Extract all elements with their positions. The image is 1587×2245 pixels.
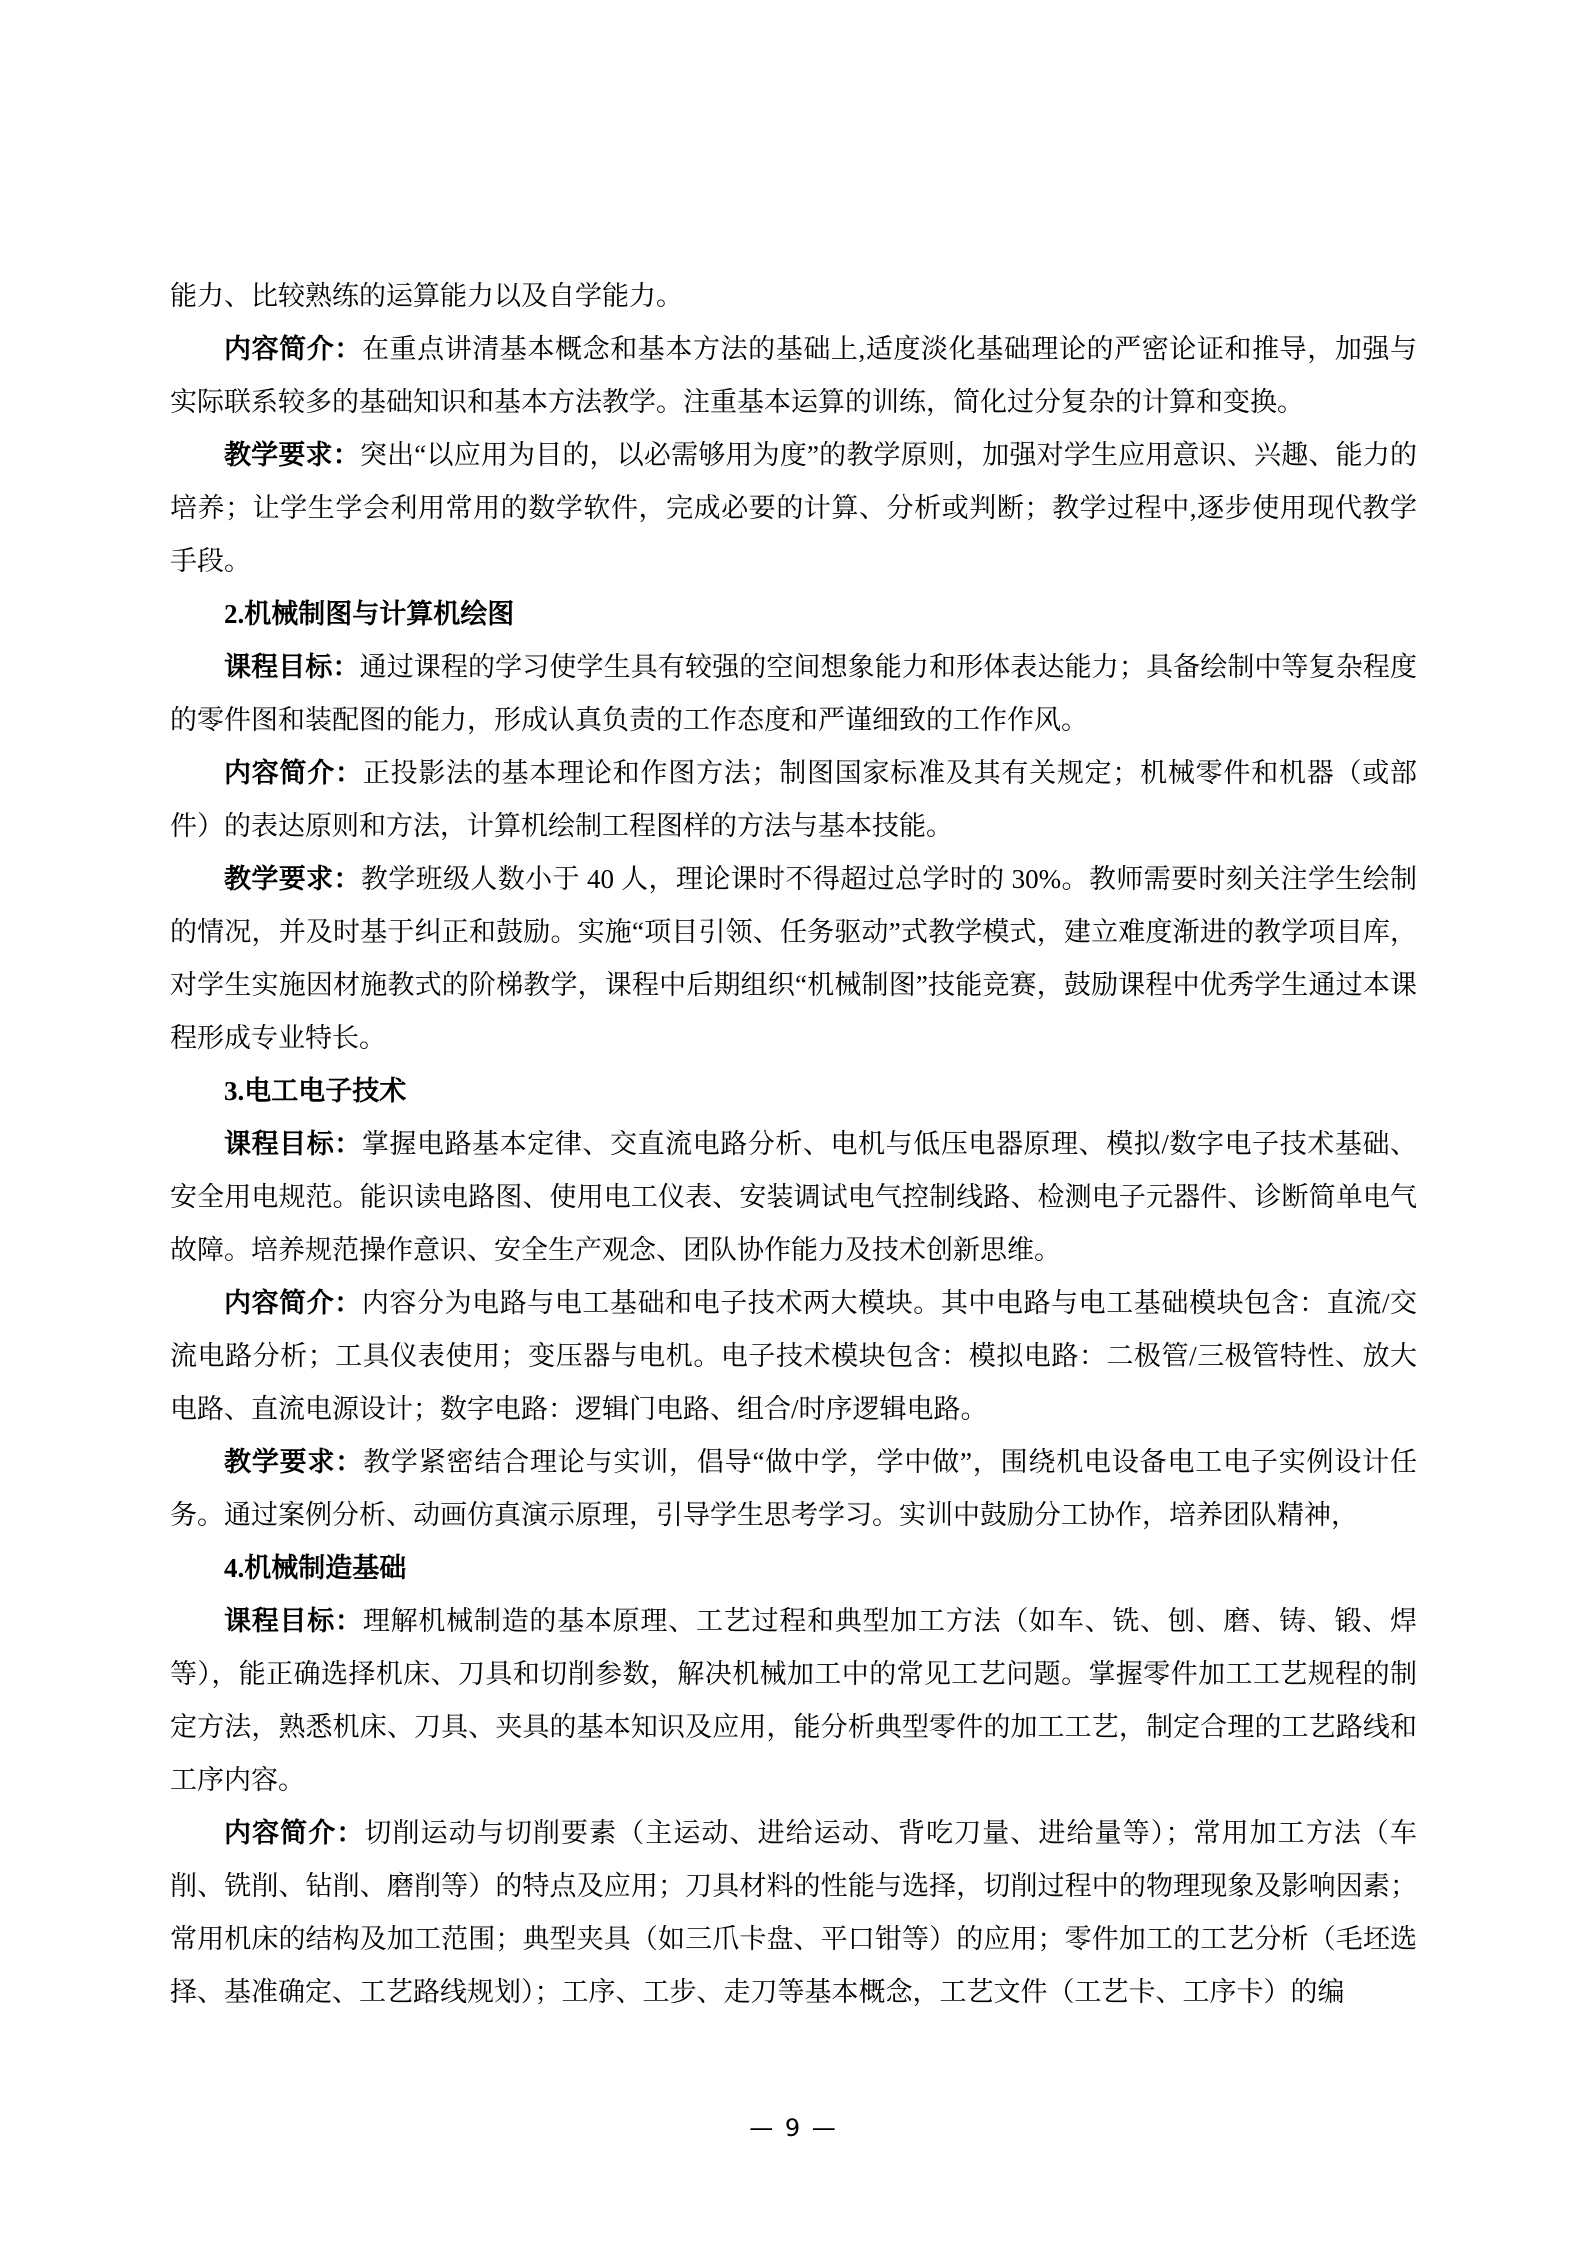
paragraph-label: 教学要求：	[224, 864, 361, 894]
paragraph: 内容简介：在重点讲清基本概念和基本方法的基础上,适度淡化基础理论的严密论证和推导…	[170, 323, 1417, 429]
paragraph: 内容简介：切削运动与切削要素（主运动、进给运动、背吃刀量、进给量等）；常用加工方…	[170, 1807, 1417, 2019]
paragraph: 内容简介：内容分为电路与电工基础和电子技术两大模块。其中电路与电工基础模块包含：…	[170, 1277, 1417, 1436]
page-content: 能力、比较熟练的运算能力以及自学能力。 内容简介：在重点讲清基本概念和基本方法的…	[170, 270, 1417, 2019]
paragraph-label: 内容简介：	[224, 758, 363, 788]
section-heading: 2.机械制图与计算机绘图	[170, 588, 1417, 641]
paragraph-text: 能力、比较熟练的运算能力以及自学能力。	[170, 281, 683, 311]
paragraph-label: 课程目标：	[224, 652, 360, 682]
paragraph-label: 内容简介：	[224, 1288, 362, 1318]
paragraph: 课程目标：通过课程的学习使学生具有较强的空间想象能力和形体表达能力；具备绘制中等…	[170, 641, 1417, 747]
paragraph: 教学要求：突出“以应用为目的，以必需够用为度”的教学原则，加强对学生应用意识、兴…	[170, 429, 1417, 588]
paragraph-label: 教学要求：	[224, 1447, 363, 1477]
section-heading-text: 4.机械制造基础	[224, 1553, 406, 1583]
section-heading: 4.机械制造基础	[170, 1542, 1417, 1595]
paragraph: 教学要求：教学班级人数小于 40 人，理论课时不得超过总学时的 30%。教师需要…	[170, 853, 1417, 1065]
paragraph-label: 课程目标：	[224, 1129, 362, 1159]
paragraph: 能力、比较熟练的运算能力以及自学能力。	[170, 270, 1417, 323]
section-heading: 3.电工电子技术	[170, 1065, 1417, 1118]
paragraph-label: 教学要求：	[224, 440, 360, 470]
paragraph-label: 课程目标：	[224, 1606, 363, 1636]
page-number: — 9 —	[749, 2114, 838, 2142]
page-footer: — 9 —	[0, 2114, 1587, 2142]
paragraph-label: 内容简介：	[224, 334, 362, 364]
paragraph: 课程目标：理解机械制造的基本原理、工艺过程和典型加工方法（如车、铣、刨、磨、铸、…	[170, 1595, 1417, 1807]
paragraph-label: 内容简介：	[224, 1818, 364, 1848]
section-heading-text: 2.机械制图与计算机绘图	[224, 599, 514, 629]
section-heading-text: 3.电工电子技术	[224, 1076, 406, 1106]
paragraph: 内容简介：正投影法的基本理论和作图方法；制图国家标准及其有关规定；机械零件和机器…	[170, 747, 1417, 853]
document-page: 能力、比较熟练的运算能力以及自学能力。 内容简介：在重点讲清基本概念和基本方法的…	[0, 0, 1587, 2245]
paragraph: 课程目标：掌握电路基本定律、交直流电路分析、电机与低压电器原理、模拟/数字电子技…	[170, 1118, 1417, 1277]
paragraph: 教学要求：教学紧密结合理论与实训，倡导“做中学，学中做”，围绕机电设备电工电子实…	[170, 1436, 1417, 1542]
